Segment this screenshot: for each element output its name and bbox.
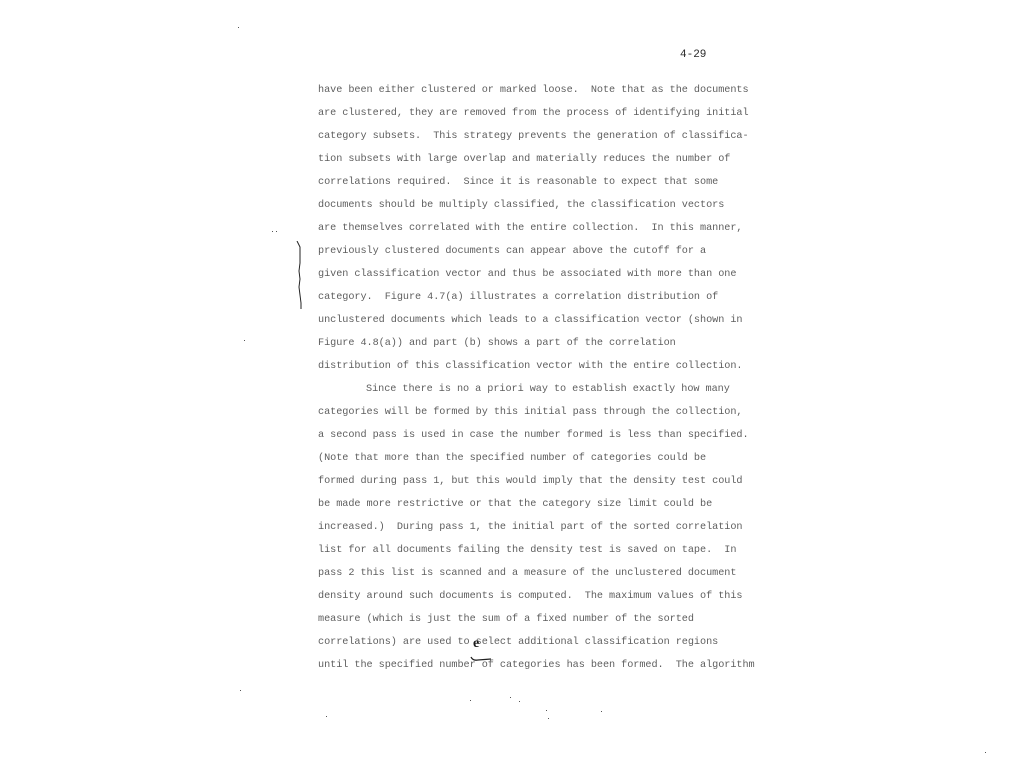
text-line: documents should be multiply classified,… [318, 199, 738, 222]
text-line: be made more restrictive or that the cat… [318, 498, 738, 521]
text-line: measure (which is just the sum of a fixe… [318, 613, 738, 636]
text-line: until the specified number of categories… [318, 659, 738, 682]
text-line: Figure 4.8(a)) and part (b) shows a part… [318, 337, 738, 360]
text-line: have been either clustered or marked loo… [318, 84, 738, 107]
scan-speck [601, 711, 602, 712]
scan-speck [240, 690, 241, 691]
text-line: previously clustered documents can appea… [318, 245, 738, 268]
scan-speck [326, 716, 327, 717]
text-line: formed during pass 1, but this would imp… [318, 475, 738, 498]
scan-speck [470, 700, 471, 701]
text-line: increased.) During pass 1, the initial p… [318, 521, 738, 544]
text-line: a second pass is used in case the number… [318, 429, 738, 452]
text-line: pass 2 this list is scanned and a measur… [318, 567, 738, 590]
text-line: Since there is no a priori way to establ… [318, 383, 738, 406]
scan-speck [244, 340, 245, 341]
handwritten-correction: e [473, 636, 479, 652]
text-line: categories will be formed by this initia… [318, 406, 738, 429]
text-line: are clustered, they are removed from the… [318, 107, 738, 130]
margin-bracket-icon [294, 241, 304, 309]
text-line: tion subsets with large overlap and mate… [318, 153, 738, 176]
scan-speck [985, 752, 986, 753]
page-number: 4-29 [680, 49, 706, 61]
scan-speck [238, 27, 239, 28]
text-line: (Note that more than the specified numbe… [318, 452, 738, 475]
text-line: category subsets. This strategy prevents… [318, 130, 738, 153]
text-line: given classification vector and thus be … [318, 268, 738, 291]
scan-speck [546, 710, 547, 711]
text-line: category. Figure 4.7(a) illustrates a co… [318, 291, 738, 314]
text-line: density around such documents is compute… [318, 590, 738, 613]
scan-speck [272, 231, 273, 232]
text-line: correlations) are used to select additio… [318, 636, 738, 659]
correction-underline-icon [470, 656, 492, 662]
scan-speck [276, 231, 277, 232]
text-line: unclustered documents which leads to a c… [318, 314, 738, 337]
text-line: distribution of this classification vect… [318, 360, 738, 383]
scan-speck [510, 697, 511, 698]
text-line: list for all documents failing the densi… [318, 544, 738, 567]
document-page: 4-29 have been either clustered or marke… [0, 0, 1024, 768]
text-line: are themselves correlated with the entir… [318, 222, 738, 245]
scan-speck [519, 701, 520, 702]
body-text: have been either clustered or marked loo… [318, 84, 738, 682]
scan-speck [548, 718, 549, 719]
text-line: correlations required. Since it is reaso… [318, 176, 738, 199]
